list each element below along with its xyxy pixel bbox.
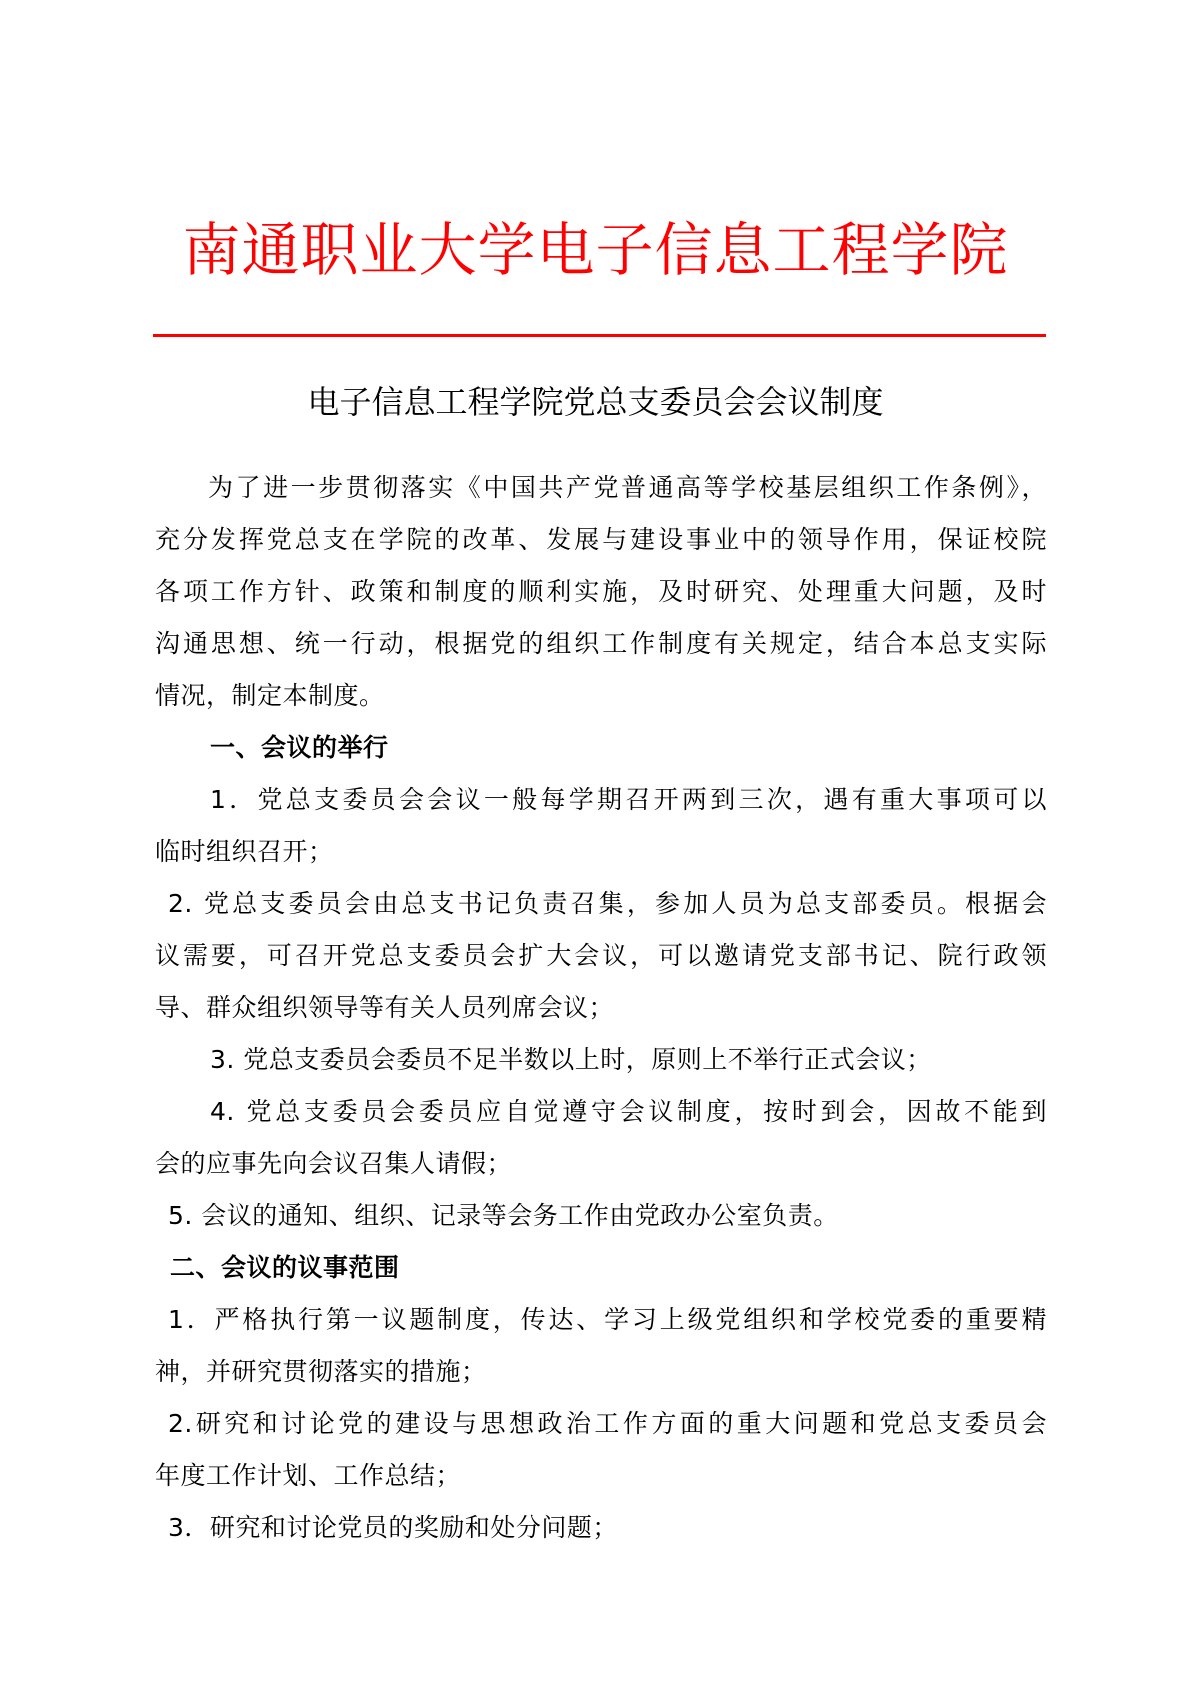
document-page: 南通职业大学电子信息工程学院 电子信息工程学院党总支委员会会议制度 为了进一步贯… <box>0 0 1191 1684</box>
list-item: 4. 党总支委员会委员应自觉遵守会议制度，按时到会，因故不能到 <box>210 1094 1047 1130</box>
list-item: 年度工作计划、工作总结； <box>155 1458 1047 1494</box>
list-item: 5. 会议的通知、组织、记录等会务工作由党政办公室负责。 <box>168 1198 1060 1234</box>
list-item: 导、群众组织领导等有关人员列席会议； <box>155 990 1047 1026</box>
institution-header: 南通职业大学电子信息工程学院 <box>0 212 1191 288</box>
list-item: 1．党总支委员会会议一般每学期召开两到三次，遇有重大事项可以 <box>210 782 1047 818</box>
list-item: 2.研究和讨论党的建设与思想政治工作方面的重大问题和党总支委员会 <box>168 1406 1047 1442</box>
section-heading: 二、会议的议事范围 <box>170 1250 1062 1286</box>
preamble-line: 为了进一步贯彻落实《中国共产党普通高等学校基层组织工作条例》， <box>208 470 1047 506</box>
preamble-line: 充分发挥党总支在学院的改革、发展与建设事业中的领导作用，保证校院 <box>155 522 1047 558</box>
list-item: 会的应事先向会议召集人请假； <box>155 1146 1047 1182</box>
document-title: 电子信息工程学院党总支委员会会议制度 <box>0 380 1191 424</box>
preamble-line: 沟通思想、统一行动，根据党的组织工作制度有关规定，结合本总支实际 <box>155 626 1047 662</box>
header-divider <box>153 334 1046 337</box>
list-item: 临时组织召开； <box>155 834 1047 870</box>
section-heading: 一、会议的举行 <box>210 730 1102 766</box>
list-item: 1．严格执行第一议题制度，传达、学习上级党组织和学校党委的重要精 <box>168 1302 1047 1338</box>
list-item: 3. 党总支委员会委员不足半数以上时，原则上不举行正式会议； <box>210 1042 1102 1078</box>
list-item: 神，并研究贯彻落实的措施； <box>155 1354 1047 1390</box>
preamble-line: 情况，制定本制度。 <box>155 678 1047 714</box>
list-item: 议需要，可召开党总支委员会扩大会议，可以邀请党支部书记、院行政领 <box>155 938 1047 974</box>
list-item: 3．研究和讨论党员的奖励和处分问题； <box>168 1510 1060 1546</box>
preamble-line: 各项工作方针、政策和制度的顺利实施，及时研究、处理重大问题，及时 <box>155 574 1047 610</box>
list-item: 2. 党总支委员会由总支书记负责召集，参加人员为总支部委员。根据会 <box>168 886 1047 922</box>
